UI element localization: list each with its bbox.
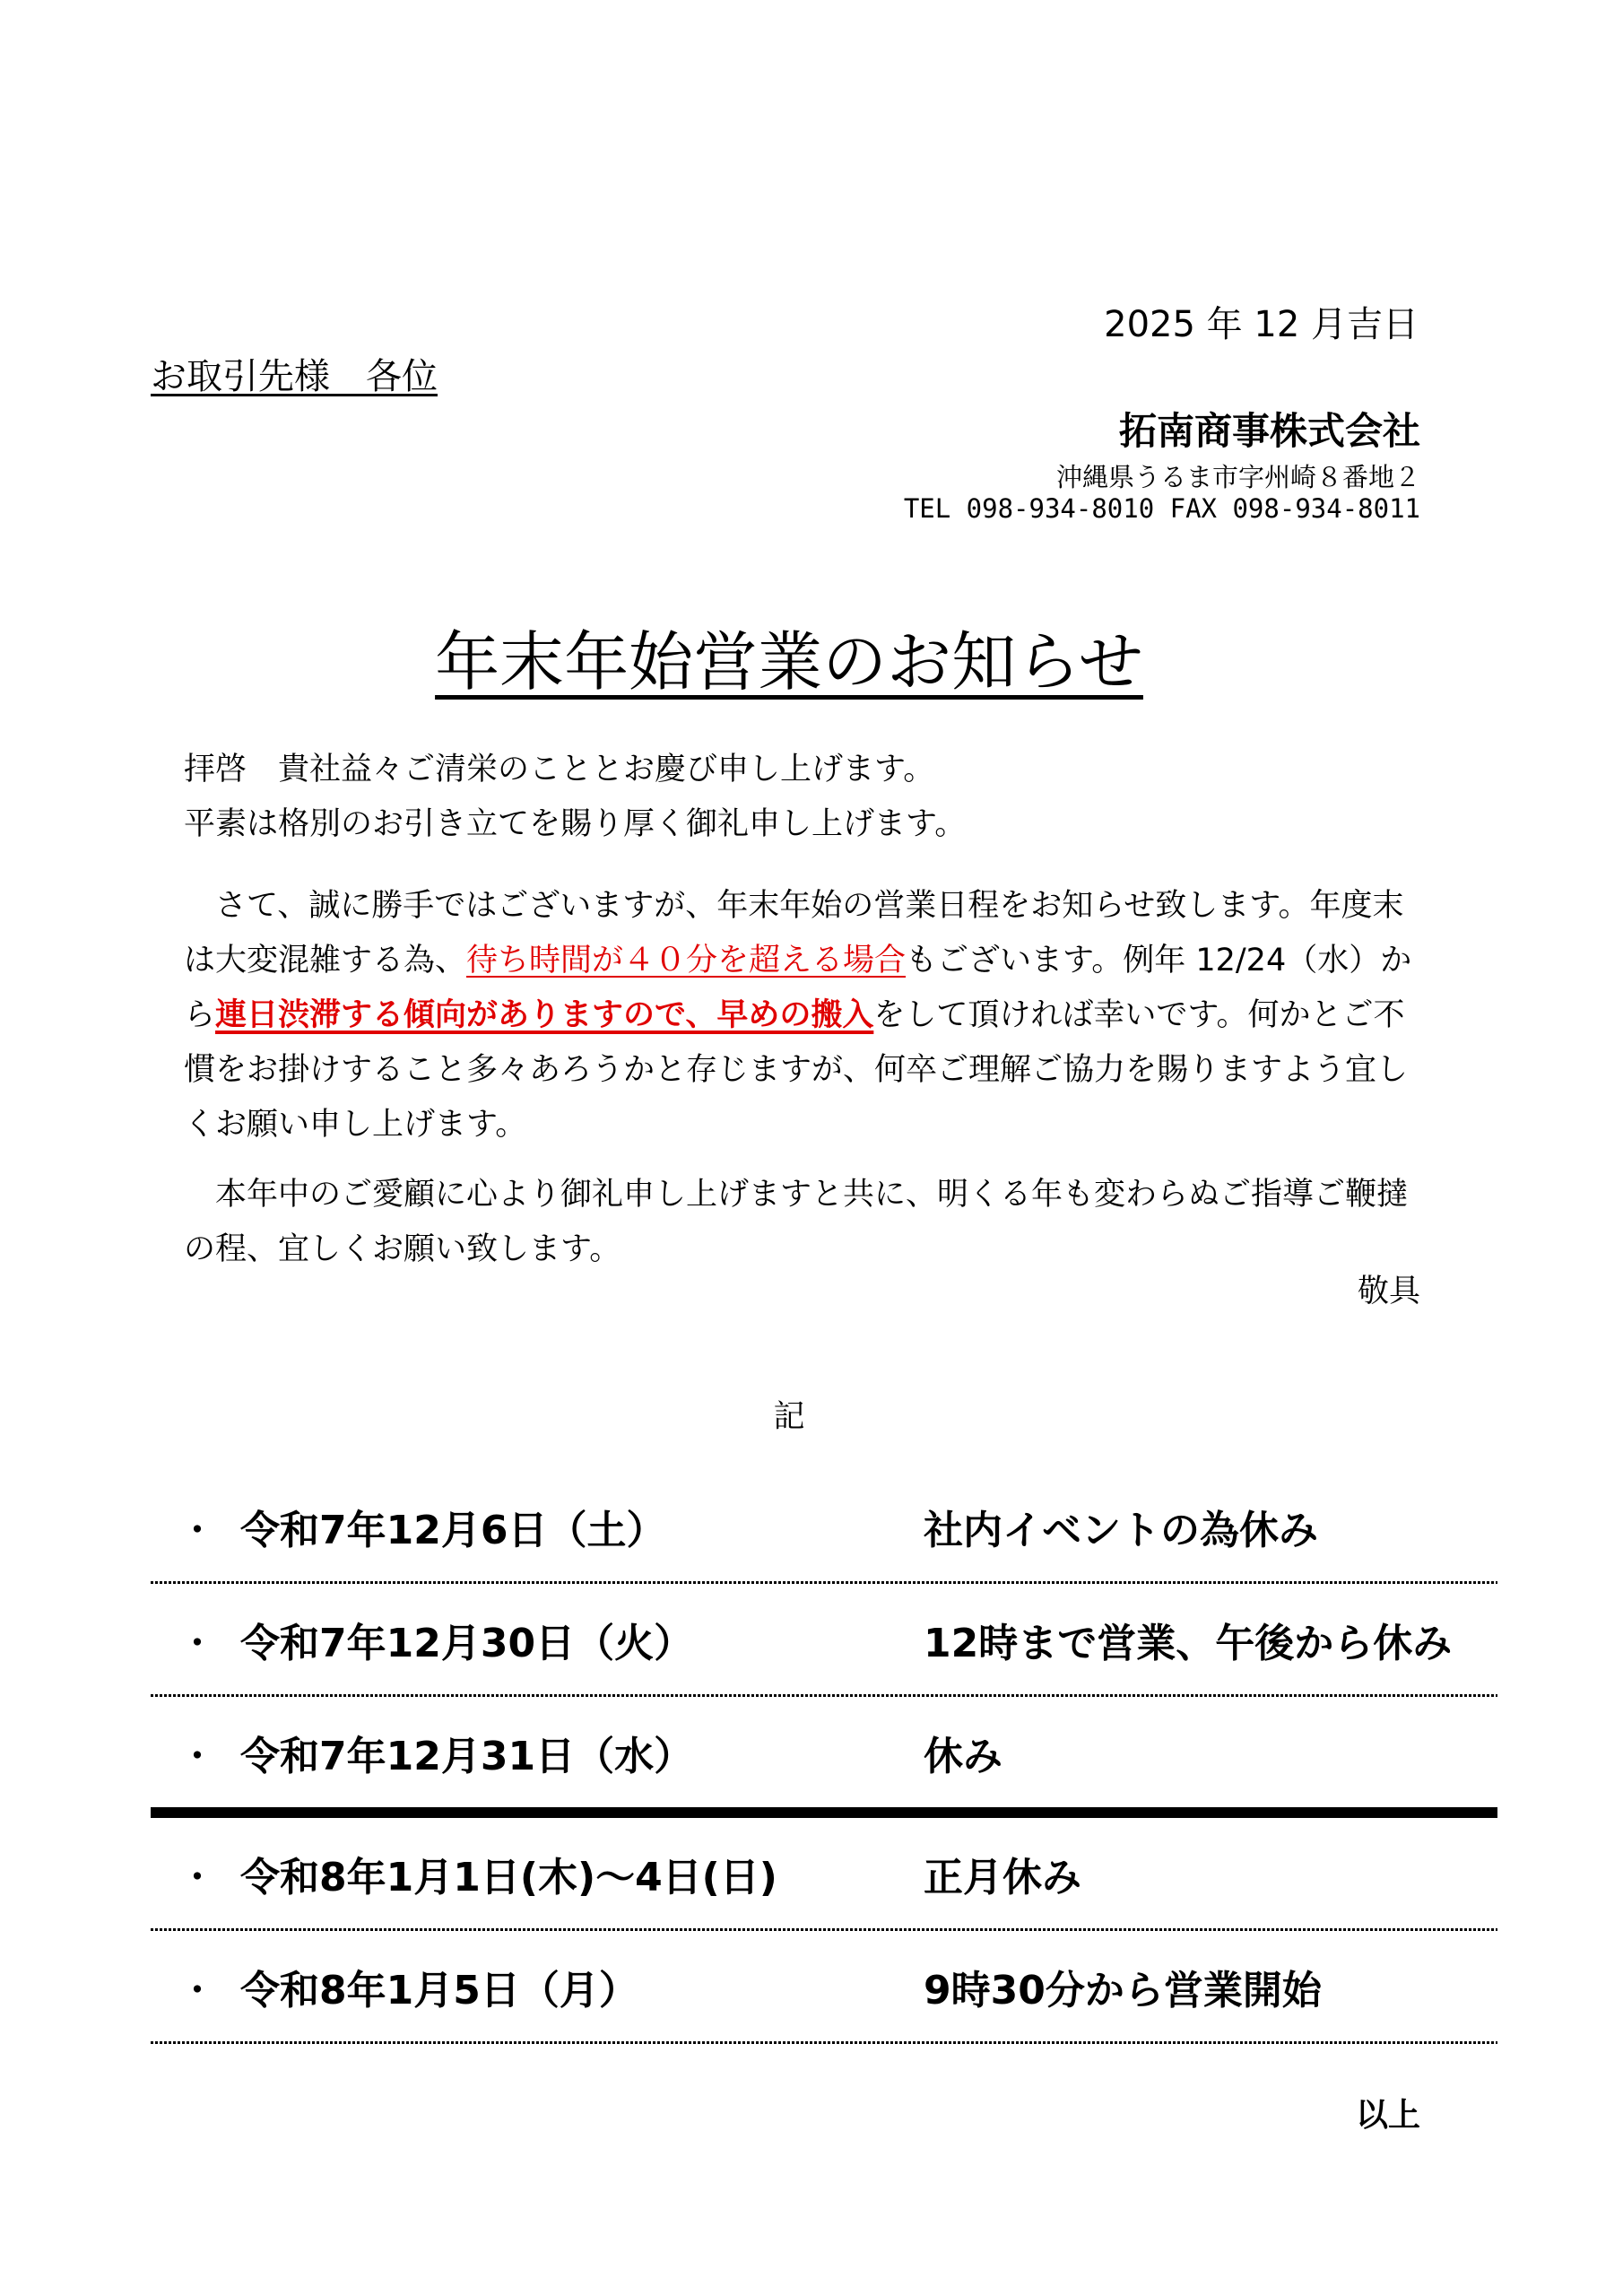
schedule-date: 令和8年1月1日(木)～4日(日) — [240, 1845, 924, 1902]
closing-text: 本年中のご愛顧に心より御礼申し上げますと共に、明くる年も変わらぬご指導ご鞭撻の程… — [184, 1177, 1408, 1267]
greeting-paragraph: 拝啓 貴社益々ご清栄のこととお慶び申し上げます。 平素は格別のお引き立てを賜り厚… — [184, 743, 1435, 852]
page-title: 年末年始営業のお知らせ — [0, 610, 1578, 703]
bullet-icon: ・ — [151, 1724, 240, 1781]
schedule-desc: 正月休み — [924, 1845, 1497, 1902]
congestion-warning: 連日渋滞する傾向がありますので、早めの搬入 — [215, 997, 873, 1033]
bullet-icon: ・ — [151, 1958, 240, 2015]
schedule-list: ・ 令和7年12月6日（土） 社内イベントの為休み ・ 令和7年12月30日（火… — [151, 1471, 1497, 2044]
schedule-row: ・ 令和7年12月30日（火） 12時まで営業、午後から休み — [151, 1584, 1497, 1694]
closing-paragraph: 本年中のご愛顧に心より御礼申し上げますと共に、明くる年も変わらぬご指導ご鞭撻の程… — [184, 1168, 1435, 1277]
keigu: 敬具 — [1358, 1266, 1420, 1311]
schedule-row: ・ 令和8年1月5日（月） 9時30分から営業開始 — [151, 1931, 1497, 2041]
schedule-date: 令和7年12月30日（火） — [240, 1611, 924, 1668]
schedule-desc: 社内イベントの為休み — [924, 1498, 1497, 1555]
recipient: お取引先様 各位 — [151, 348, 438, 399]
bullet-icon: ・ — [151, 1845, 240, 1902]
greeting-line-2: 平素は格別のお引き立てを賜り厚く御礼申し上げます。 — [184, 797, 1435, 852]
bullet-icon: ・ — [151, 1498, 240, 1555]
greeting-line-1: 拝啓 貴社益々ご清栄のこととお慶び申し上げます。 — [184, 743, 1435, 797]
dotted-divider — [151, 2041, 1497, 2044]
company-address: 沖縄県うるま市字州崎８番地２ — [1056, 457, 1420, 494]
notice-paragraph: さて、誠に勝手ではございますが、年末年始の営業日程をお知らせ致します。年度末は大… — [184, 879, 1435, 1152]
schedule-date: 令和8年1月5日（月） — [240, 1958, 924, 2015]
company-tel-fax: TEL 098-934-8010 FAX 098-934-8011 — [904, 493, 1420, 524]
schedule-row: ・ 令和8年1月1日(木)～4日(日) 正月休み — [151, 1818, 1497, 1928]
schedule-desc: 休み — [924, 1724, 1497, 1781]
year-divider — [151, 1807, 1497, 1818]
schedule-desc: 12時まで営業、午後から休み — [924, 1611, 1497, 1668]
schedule-date: 令和7年12月31日（水） — [240, 1724, 924, 1781]
ki-heading: 記 — [0, 1392, 1578, 1437]
company-name: 拓南商事株式会社 — [1119, 402, 1420, 456]
schedule-date: 令和7年12月6日（土） — [240, 1498, 924, 1555]
schedule-row: ・ 令和7年12月6日（土） 社内イベントの為休み — [151, 1471, 1497, 1581]
schedule-row: ・ 令和7年12月31日（水） 休み — [151, 1697, 1497, 1807]
closing-ijou: 以上 — [1356, 2090, 1420, 2135]
wait-time-warning: 待ち時間が４０分を超える場合 — [466, 943, 906, 978]
document-date: 2025 年 12 月吉日 — [1104, 296, 1419, 347]
schedule-desc: 9時30分から営業開始 — [924, 1958, 1497, 2015]
bullet-icon: ・ — [151, 1611, 240, 1668]
